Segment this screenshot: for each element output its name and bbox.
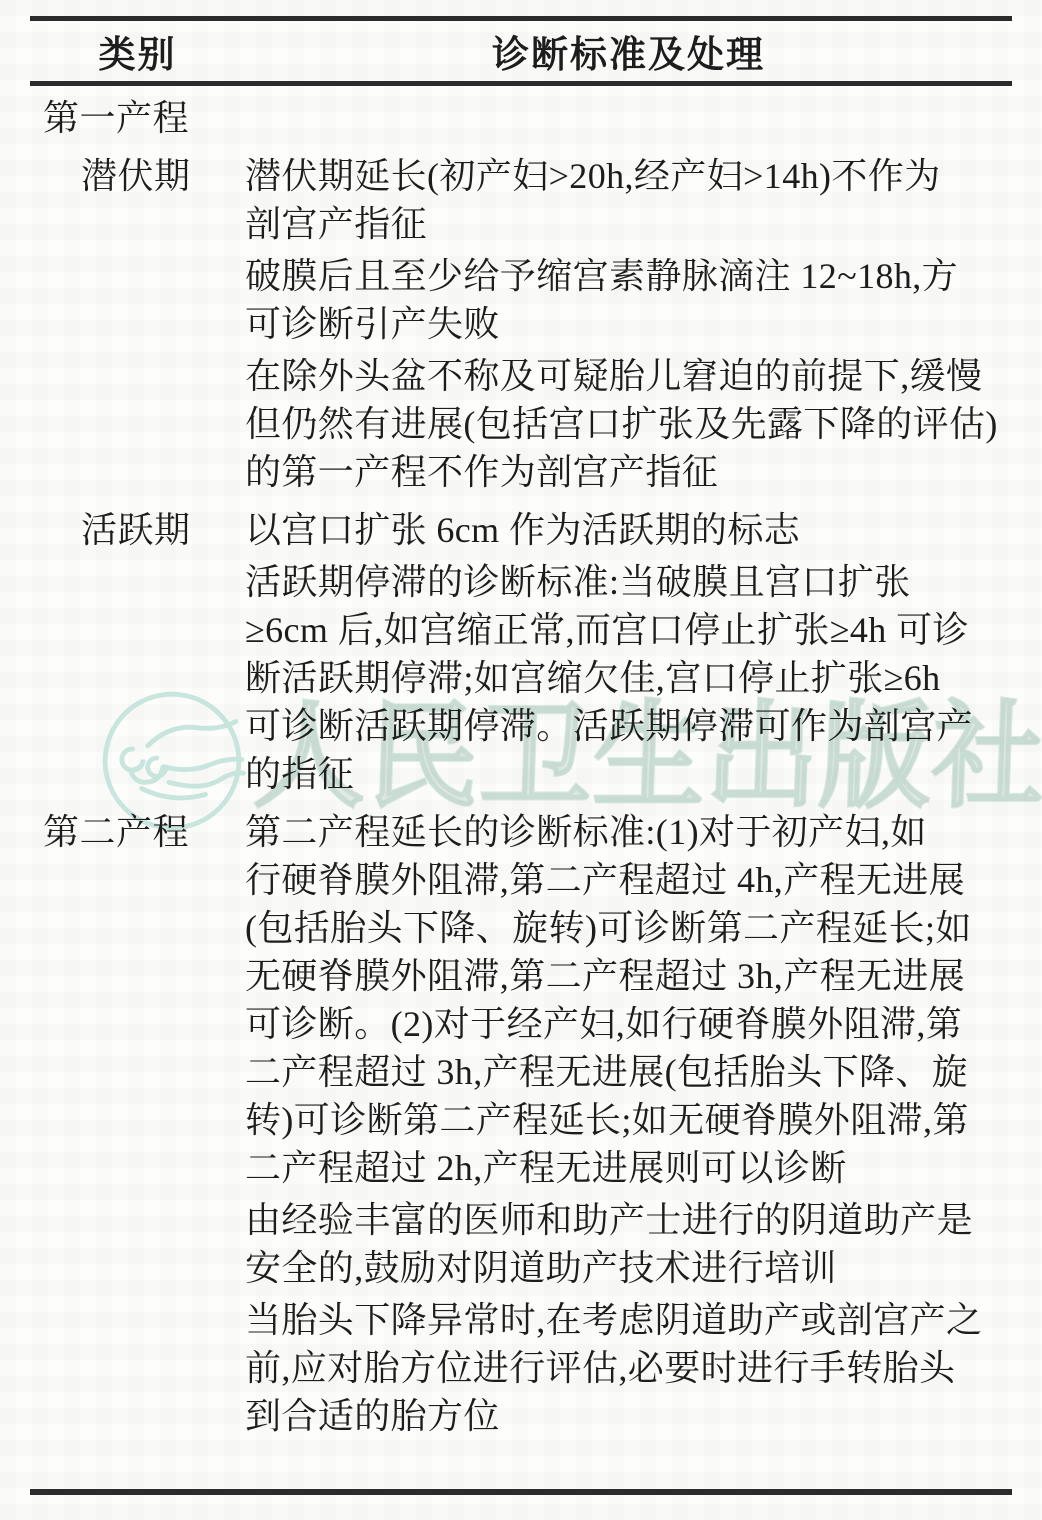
text-line: 到合适的胎方位	[245, 1392, 1012, 1440]
text-line: 剖宫产指征	[245, 200, 1012, 248]
table-header-row: 类别 诊断标准及处理	[30, 21, 1012, 81]
text-line: 可诊断。(2)对于经产妇,如行硬脊膜外阻滞,第	[245, 1000, 1012, 1048]
text-line: 安全的,鼓励对阴道助产技术进行培训	[245, 1244, 1012, 1292]
text-line: 转)可诊断第二产程延长;如无硬脊膜外阻滞,第	[245, 1096, 1012, 1144]
category-cell: 潜伏期	[30, 152, 245, 496]
text-line: 二产程超过 2h,产程无进展则可以诊断	[245, 1144, 1012, 1192]
text-line: 可诊断活跃期停滞。活跃期停滞可作为剖宫产	[245, 702, 1012, 750]
category-cell: 第二产程	[30, 808, 245, 1440]
text-line: ≥6cm 后,如宫缩正常,而宫口停止扩张≥4h 可诊	[245, 606, 1012, 654]
table-row: 第一产程	[30, 94, 1012, 142]
criteria-cell: 以宫口扩张 6cm 作为活跃期的标志活跃期停滞的诊断标准:当破膜且宫口扩张≥6c…	[245, 506, 1012, 798]
text-line: 二产程超过 3h,产程无进展(包括胎头下降、旋	[245, 1048, 1012, 1096]
text-line: 活跃期停滞的诊断标准:当破膜且宫口扩张	[245, 558, 1012, 606]
scanned-table-page: 人民卫生出版社 类别 诊断标准及处理 第一产程 潜伏期 潜伏期延长(初产妇>20…	[0, 0, 1042, 1520]
header-category: 类别	[30, 24, 245, 78]
text-line: 破膜后且至少给予缩宫素静脉滴注 12~18h,方	[245, 252, 1012, 300]
criteria-paragraph: 破膜后且至少给予缩宫素静脉滴注 12~18h,方可诊断引产失败	[245, 252, 1012, 348]
text-line: 在除外头盆不称及可疑胎儿窘迫的前提下,缓慢	[245, 352, 1012, 400]
category-cell: 第一产程	[30, 94, 245, 142]
text-line: 潜伏期延长(初产妇>20h,经产妇>14h)不作为	[245, 152, 1012, 200]
table-body: 第一产程 潜伏期 潜伏期延长(初产妇>20h,经产妇>14h)不作为剖宫产指征破…	[30, 86, 1012, 1440]
criteria-cell: 潜伏期延长(初产妇>20h,经产妇>14h)不作为剖宫产指征破膜后且至少给予缩宫…	[245, 152, 1012, 496]
text-line: 但仍然有进展(包括宫口扩张及先露下降的评估)	[245, 400, 1012, 448]
criteria-cell	[245, 94, 1012, 142]
text-line: 当胎头下降异常时,在考虑阴道助产或剖宫产之	[245, 1296, 1012, 1344]
text-line: 第二产程延长的诊断标准:(1)对于初产妇,如	[245, 808, 1012, 856]
criteria-paragraph: 活跃期停滞的诊断标准:当破膜且宫口扩张≥6cm 后,如宫缩正常,而宫口停止扩张≥…	[245, 558, 1012, 798]
text-line: 可诊断引产失败	[245, 300, 1012, 348]
criteria-paragraph: 由经验丰富的医师和助产士进行的阴道助产是安全的,鼓励对阴道助产技术进行培训	[245, 1196, 1012, 1292]
text-line: 前,应对胎方位进行评估,必要时进行手转胎头	[245, 1344, 1012, 1392]
text-line: 无硬脊膜外阻滞,第二产程超过 3h,产程无进展	[245, 952, 1012, 1000]
table-row: 潜伏期 潜伏期延长(初产妇>20h,经产妇>14h)不作为剖宫产指征破膜后且至少…	[30, 152, 1012, 496]
criteria-paragraph: 以宫口扩张 6cm 作为活跃期的标志	[245, 506, 1012, 554]
text-line: 以宫口扩张 6cm 作为活跃期的标志	[245, 506, 1012, 554]
table-row: 活跃期 以宫口扩张 6cm 作为活跃期的标志活跃期停滞的诊断标准:当破膜且宫口扩…	[30, 506, 1012, 798]
text-line: 断活跃期停滞;如宫缩欠佳,宫口停止扩张≥6h	[245, 654, 1012, 702]
table-bottom-rule	[30, 1489, 1012, 1495]
text-line: 行硬脊膜外阻滞,第二产程超过 4h,产程无进展	[245, 856, 1012, 904]
criteria-cell: 第二产程延长的诊断标准:(1)对于初产妇,如行硬脊膜外阻滞,第二产程超过 4h,…	[245, 808, 1012, 1440]
table-row: 第二产程 第二产程延长的诊断标准:(1)对于初产妇,如行硬脊膜外阻滞,第二产程超…	[30, 808, 1012, 1440]
labor-criteria-table: 类别 诊断标准及处理 第一产程 潜伏期 潜伏期延长(初产妇>20h,经产妇>14…	[30, 16, 1012, 1450]
criteria-paragraph: 当胎头下降异常时,在考虑阴道助产或剖宫产之前,应对胎方位进行评估,必要时进行手转…	[245, 1296, 1012, 1440]
criteria-paragraph: 潜伏期延长(初产妇>20h,经产妇>14h)不作为剖宫产指征	[245, 152, 1012, 248]
text-line: (包括胎头下降、旋转)可诊断第二产程延长;如	[245, 904, 1012, 952]
text-line: 的第一产程不作为剖宫产指征	[245, 448, 1012, 496]
criteria-paragraph: 在除外头盆不称及可疑胎儿窘迫的前提下,缓慢但仍然有进展(包括宫口扩张及先露下降的…	[245, 352, 1012, 496]
category-cell: 活跃期	[30, 506, 245, 798]
text-line: 的指征	[245, 750, 1012, 798]
criteria-paragraph: 第二产程延长的诊断标准:(1)对于初产妇,如行硬脊膜外阻滞,第二产程超过 4h,…	[245, 808, 1012, 1192]
header-criteria: 诊断标准及处理	[245, 24, 1012, 78]
text-line: 由经验丰富的医师和助产士进行的阴道助产是	[245, 1196, 1012, 1244]
